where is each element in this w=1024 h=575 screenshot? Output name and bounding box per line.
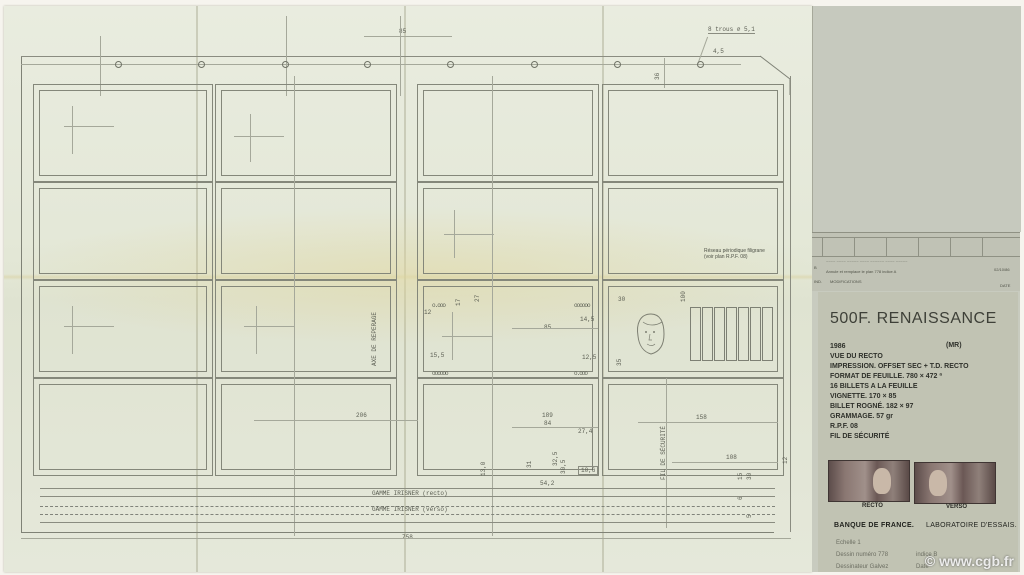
banknote-title: 500F. RENAISSANCE — [830, 310, 997, 328]
dim-27-4: 27,4 — [578, 428, 592, 435]
crosshair — [444, 234, 494, 235]
dim-line — [254, 420, 418, 421]
gamme-band-line — [40, 522, 775, 523]
dim-15-5: 15,5 — [430, 352, 444, 359]
issuer-label: BANQUE DE FRANCE. — [834, 522, 914, 529]
dim-line — [512, 328, 598, 329]
registration-hole — [614, 61, 621, 68]
modifications-table: B ~~~~ ~~~~ ~~~~~ ~~~~ ~~~~~~ ~~~~ ~~~~~… — [812, 232, 1020, 291]
grid-cell — [950, 238, 951, 256]
banknote-vignette — [39, 90, 207, 176]
mod-header-label: MODIFICATIONS — [830, 279, 861, 284]
drawing-number: Dessin numéro 778 — [836, 552, 888, 558]
dim-line — [672, 462, 778, 463]
dim-line — [21, 538, 791, 539]
drawing-sheet: 85 8 trous ⌀ 5,1 4,5 36 — [4, 6, 812, 572]
mod-row-date: 02/10/86 — [994, 267, 1010, 272]
grid-cell — [854, 238, 855, 256]
microprint-dots: oooooo — [574, 302, 590, 309]
registration-hole — [198, 61, 205, 68]
holes-note: 8 trous ⌀ 5,1 — [708, 26, 755, 34]
dim-30-5: 30,5 — [560, 460, 567, 474]
banknote-vignette — [39, 188, 207, 274]
dim-12-5: 12,5 — [582, 354, 596, 361]
spec-line: VIGNETTE. 170 × 85 — [830, 392, 969, 402]
dim-84: 84 — [544, 420, 551, 427]
optically-variable-stripe — [738, 307, 749, 361]
crosshair — [72, 106, 73, 154]
dim-line — [638, 422, 778, 423]
banknote-vignette — [608, 90, 778, 176]
optically-variable-stripe — [762, 307, 773, 361]
registration-hole — [697, 61, 704, 68]
dim-31: 31 — [526, 461, 533, 468]
verso-caption: VERSO — [946, 504, 967, 510]
frame-top — [21, 56, 761, 57]
registration-hole — [447, 61, 454, 68]
banknote-vignette — [39, 384, 207, 470]
banknote-vignette — [423, 90, 593, 176]
portrait-sketch — [634, 312, 668, 362]
spec-year: 1986 — [830, 342, 969, 352]
banknote-vignette — [608, 384, 778, 470]
banknote-vignette — [423, 286, 593, 372]
dim-12-right: 12 — [782, 457, 789, 464]
reseau-note-2: (voir plan R.P.F. 08) — [704, 254, 748, 260]
draftsman: Dessinateur Galvez — [836, 564, 888, 570]
spec-line: FORMAT DE FEUILLE. 780 × 472 ª — [830, 372, 969, 382]
dim-30-right: 30 — [746, 473, 753, 480]
dim-15: 15 — [737, 473, 744, 480]
title-block: 500F. RENAISSANCE (MR) 1986 VUE DU RECTO… — [818, 292, 1018, 572]
lab-label: LABORATOIRE D'ESSAIS. — [926, 522, 1017, 529]
spec-line: 16 BILLETS A LA FEUILLE — [830, 382, 969, 392]
grid-cell — [918, 238, 919, 256]
dim-10-6: 10,6 — [578, 466, 598, 475]
grid-cell — [822, 238, 823, 256]
banknote-vignette — [221, 188, 391, 274]
dim-30: 30 — [618, 296, 625, 303]
axis-line — [400, 16, 401, 96]
dim-margin: 36 — [654, 73, 661, 80]
crosshair — [244, 326, 294, 327]
blank-folded-panel — [812, 6, 1021, 232]
dim-32-5: 32,5 — [552, 452, 559, 466]
hole-axis — [21, 64, 741, 65]
spec-line: GRAMMAGE. 57 gr — [830, 412, 969, 422]
optically-variable-stripe — [714, 307, 725, 361]
dim-13-0: 13,0 — [480, 462, 487, 476]
banknote-vignette — [39, 286, 207, 372]
mod-header-date: DATE — [1000, 283, 1010, 288]
gamme-verso-label: GAMME IRISNER (verso) — [372, 506, 448, 513]
gamme-band-dashed — [40, 514, 775, 515]
title-panel: B ~~~~ ~~~~ ~~~~~ ~~~~ ~~~~~~ ~~~~ ~~~~~… — [812, 6, 1020, 572]
portrait-image — [929, 470, 947, 496]
banknote-verso-image — [914, 462, 996, 504]
mod-row-letter: B — [814, 265, 817, 270]
registration-hole — [115, 61, 122, 68]
security-thread-label: FIL DE SÉCURITÉ — [660, 426, 667, 480]
spec-line: VUE DU RECTO — [830, 352, 969, 362]
optically-variable-stripe — [690, 307, 701, 361]
registration-hole — [364, 61, 371, 68]
dim-206: 206 — [356, 412, 367, 419]
dim-14-5: 14,5 — [580, 316, 594, 323]
registration-hole — [282, 61, 289, 68]
dim-17: 17 — [455, 299, 462, 306]
axis-label: AXE DE REPERAGE — [371, 312, 378, 366]
scale-label: Echelle 1 — [836, 540, 861, 546]
spec-line: FIL DE SÉCURITÉ — [830, 432, 969, 442]
dim-108: 108 — [726, 454, 737, 461]
grid-cell — [982, 238, 983, 256]
spec-line: R.P.F. 08 — [830, 422, 969, 432]
microprint-dots: oooooo — [432, 370, 448, 377]
banknote-vignette — [423, 188, 593, 274]
crosshair — [442, 336, 492, 337]
gamme-band-line — [40, 488, 775, 489]
dim-35: 35 — [616, 359, 623, 366]
microprint-dots: o.ooo — [432, 302, 445, 309]
dim-54-2: 54,2 — [540, 480, 554, 487]
crosshair — [256, 306, 257, 354]
mod-row-scribble: ~~~~ ~~~~ ~~~~~ ~~~~ ~~~~~~ ~~~~ ~~~~~ — [826, 259, 907, 264]
dim-line — [364, 36, 452, 37]
banknote-vignette — [221, 90, 391, 176]
spec-line: BILLET ROGNÉ. 182 × 97 — [830, 402, 969, 412]
banknote-vignette — [608, 188, 778, 274]
microprint-dots: o.ooo — [574, 370, 587, 377]
banknote-vignette — [221, 384, 391, 470]
crosshair — [454, 210, 455, 258]
optically-variable-stripe — [750, 307, 761, 361]
frame-right — [790, 76, 791, 532]
crosshair — [72, 306, 73, 354]
dim-offset: 4,5 — [713, 48, 724, 55]
dim-100: 100 — [680, 291, 687, 302]
optically-variable-stripe — [702, 307, 713, 361]
optically-variable-stripe — [726, 307, 737, 361]
crosshair — [452, 312, 453, 360]
modifications-grid — [812, 237, 1020, 257]
spec-line: IMPRESSION. OFFSET SEC + T.D. RECTO — [830, 362, 969, 372]
crosshair — [250, 114, 251, 162]
mod-header-ind: IND. — [814, 279, 822, 284]
spec-list: 1986 VUE DU RECTO IMPRESSION. OFFSET SEC… — [830, 342, 969, 442]
mod-row-text: Annule et remplace le plan 778 indice A — [826, 269, 896, 274]
gamme-recto-label: GAMME IRISNER (recto) — [372, 490, 448, 497]
watermark: © www.cgb.fr — [925, 553, 1014, 569]
center-axis — [294, 76, 295, 536]
dim-27: 27 — [474, 295, 481, 302]
registration-hole — [531, 61, 538, 68]
dim-12: 12 — [424, 309, 431, 316]
banknote-recto-image — [828, 460, 910, 502]
center-axis — [492, 76, 493, 536]
grid-cell — [886, 238, 887, 256]
portrait-image — [873, 468, 891, 494]
dim-189: 189 — [542, 412, 553, 419]
dim-158: 158 — [696, 414, 707, 421]
crosshair — [234, 136, 284, 137]
recto-caption: RECTO — [862, 503, 883, 509]
banknote-vignette — [221, 286, 391, 372]
